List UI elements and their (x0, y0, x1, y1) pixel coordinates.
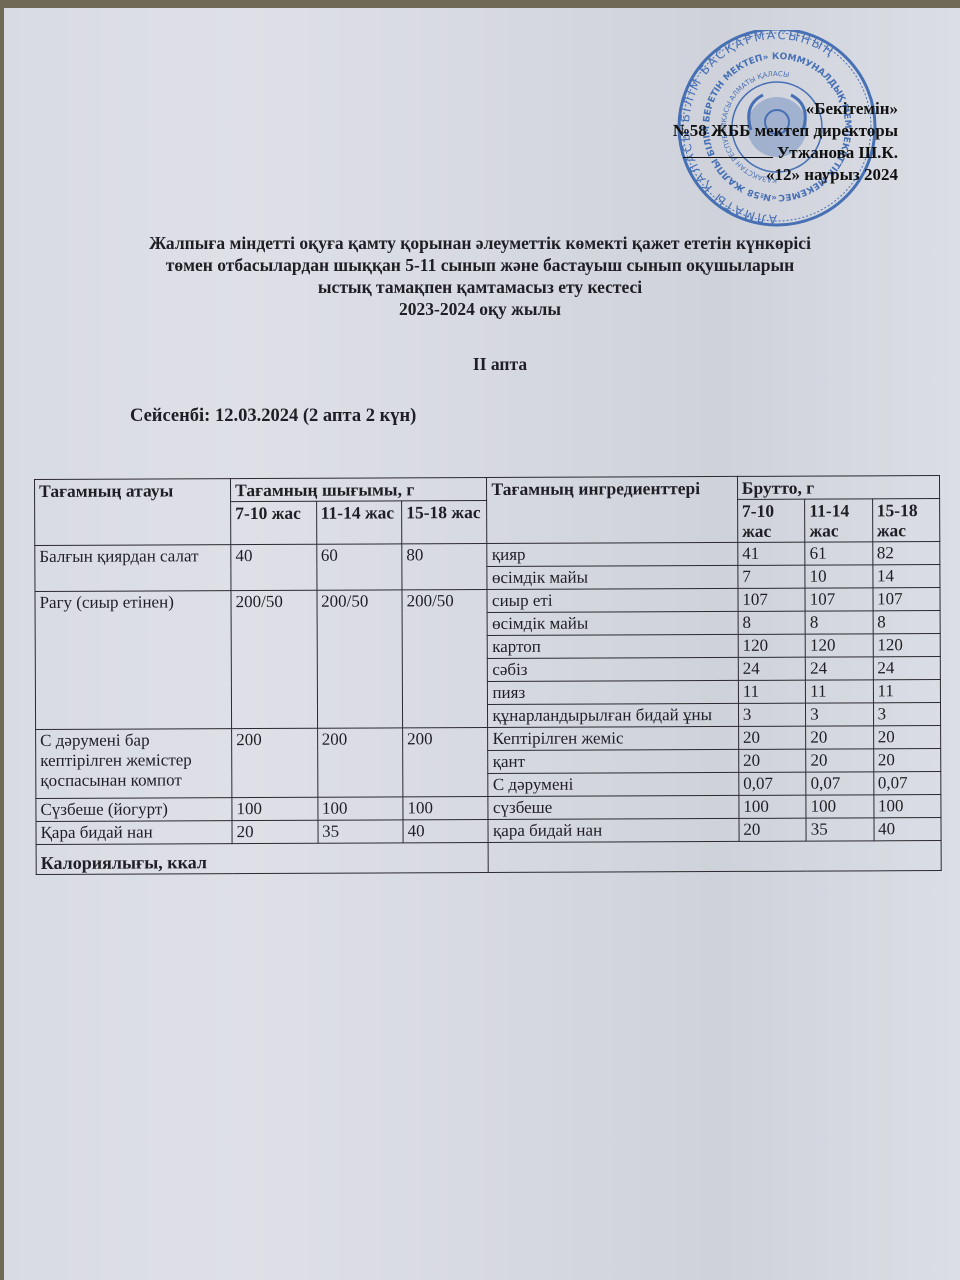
ingredient-name: картоп (488, 634, 738, 658)
header-yield: Тағамның шығымы, г (231, 478, 488, 502)
approval-position: №58 ЖББ мектеп директоры (673, 120, 898, 142)
dish-name: Рагу (сиыр етінен) (35, 591, 232, 730)
header-brutto-age: 15-18 жас (872, 499, 940, 542)
ingredient-brutto: 20 (739, 818, 806, 841)
ingredient-brutto: 20 (873, 749, 941, 772)
signature-line (683, 143, 773, 158)
ingredient-brutto: 11 (873, 680, 941, 703)
ingredient-brutto: 20 (738, 726, 805, 749)
calories-value (489, 841, 942, 873)
day-label: Сейсенбі: 12.03.2024 (2 апта 2 күн) (130, 406, 416, 427)
dish-yield: 40 (403, 820, 489, 843)
dish-yield: 200/50 (402, 590, 488, 728)
dish-yield: 200 (403, 728, 489, 797)
calories-row: Калориялығы, ккал (36, 841, 941, 875)
ingredient-brutto: 0,07 (873, 772, 941, 795)
ingredient-name: С дәрумені (488, 772, 738, 796)
ingredient-brutto: 24 (738, 657, 805, 680)
dish-name: С дәрумені бар кептірілген жемістер қосп… (36, 729, 232, 799)
approval-label: «Бекітемін» (673, 98, 898, 120)
dish-yield: 100 (232, 797, 318, 820)
dish-name: Сүзбеше (йогурт) (36, 798, 232, 822)
ingredient-brutto: 8 (873, 611, 941, 634)
ingredient-brutto: 107 (873, 588, 941, 611)
ingredient-brutto: 41 (738, 542, 805, 565)
ingredient-brutto: 82 (872, 542, 940, 565)
title-line-4: 2023-2024 оқу жылы (60, 298, 900, 320)
ingredient-brutto: 14 (872, 565, 940, 588)
ingredient-brutto: 35 (806, 818, 873, 841)
approval-signature-row: Утжанова Ш.К. (673, 142, 898, 164)
ingredient-brutto: 120 (738, 634, 805, 657)
ingredient-brutto: 7 (738, 565, 805, 588)
ingredient-brutto: 0,07 (739, 772, 806, 795)
ingredient-name: қияр (487, 542, 737, 566)
calories-label: Калориялығы, ккал (36, 843, 489, 875)
ingredient-brutto: 100 (806, 795, 873, 818)
approval-name: Утжанова Ш.К. (777, 143, 898, 162)
ingredient-brutto: 61 (805, 542, 872, 565)
ingredient-brutto: 40 (874, 818, 942, 841)
header-brutto-age: 11-14 жас (805, 499, 873, 542)
dish-yield: 20 (232, 820, 318, 843)
header-ingredients: Тағамның ингредиенттері (487, 476, 738, 543)
header-yield-age: 15-18 жас (402, 501, 488, 544)
dish-yield: 200/50 (317, 590, 403, 728)
dish-yield: 200 (232, 728, 318, 797)
week-label: ІІ апта (0, 354, 960, 375)
document-title: Жалпыға міндетті оқуға қамту қорынан әле… (60, 232, 900, 320)
ingredient-brutto: 0,07 (806, 772, 873, 795)
ingredient-name: өсімдік майы (488, 611, 738, 635)
ingredient-brutto: 10 (805, 565, 872, 588)
dish-yield: 60 (316, 544, 402, 590)
ingredient-brutto: 24 (806, 657, 873, 680)
title-line-2: төмен отбасылардан шыққан 5-11 сынып жән… (60, 254, 900, 276)
ingredient-name: пияз (488, 680, 738, 704)
dish-yield: 100 (317, 797, 403, 820)
dish-name: Қара бидай нан (36, 821, 232, 845)
ingredient-brutto: 11 (738, 680, 805, 703)
dish-yield: 200/50 (231, 590, 317, 728)
header-brutto: Брутто, г (737, 476, 939, 500)
ingredient-name: Кептірілген жеміс (488, 726, 738, 750)
approval-date: «12» наурыз 2024 (673, 164, 898, 186)
dish-yield: 35 (318, 820, 404, 843)
dish-yield: 40 (231, 544, 317, 590)
ingredient-brutto: 20 (739, 749, 806, 772)
ingredient-brutto: 3 (873, 703, 941, 726)
ingredient-brutto: 20 (806, 749, 873, 772)
ingredient-brutto: 20 (873, 726, 941, 749)
ingredient-brutto: 107 (805, 588, 872, 611)
ingredient-name: сәбіз (488, 657, 738, 681)
header-brutto-age: 7-10 жас (737, 499, 805, 542)
ingredient-brutto: 24 (873, 657, 941, 680)
ingredient-brutto: 120 (805, 634, 872, 657)
ingredient-brutto: 107 (738, 588, 805, 611)
dish-name: Балғын қиярдан салат (35, 545, 231, 592)
header-yield-age: 7-10 жас (231, 501, 317, 544)
ingredient-name: өсімдік майы (487, 565, 737, 589)
ingredient-brutto: 120 (873, 634, 941, 657)
dish-yield: 200 (317, 728, 403, 797)
ingredient-name: қант (488, 749, 738, 773)
menu-table-body: Балғын қиярдан салат406080қияр416182өсім… (35, 542, 941, 845)
ingredient-brutto: 100 (739, 795, 806, 818)
ingredient-name: сиыр еті (487, 588, 737, 612)
approval-block: «Бекітемін» №58 ЖББ мектеп директоры Утж… (673, 98, 898, 186)
ingredient-brutto: 11 (806, 680, 873, 703)
ingredient-brutto: 8 (805, 611, 872, 634)
title-line-3: ыстық тамақпен қамтамасыз ету кестесі (60, 276, 900, 298)
header-yield-age: 11-14 жас (316, 501, 402, 544)
ingredient-name: сүзбеше (488, 795, 738, 819)
menu-table: Тағамның атауы Тағамның шығымы, г Тағамн… (34, 475, 942, 875)
title-line-1: Жалпыға міндетті оқуға қамту қорынан әле… (60, 232, 900, 254)
dish-yield: 100 (403, 797, 489, 820)
header-dish-name: Тағамның атауы (35, 479, 231, 546)
dish-yield: 80 (402, 544, 488, 590)
ingredient-name: құнарландырылған бидай ұны (488, 703, 738, 727)
ingredient-brutto: 3 (738, 703, 805, 726)
ingredient-brutto: 8 (738, 611, 805, 634)
ingredient-brutto: 3 (806, 703, 873, 726)
ingredient-brutto: 100 (873, 795, 941, 818)
ingredient-name: қара бидай нан (488, 818, 738, 842)
ingredient-brutto: 20 (806, 726, 873, 749)
